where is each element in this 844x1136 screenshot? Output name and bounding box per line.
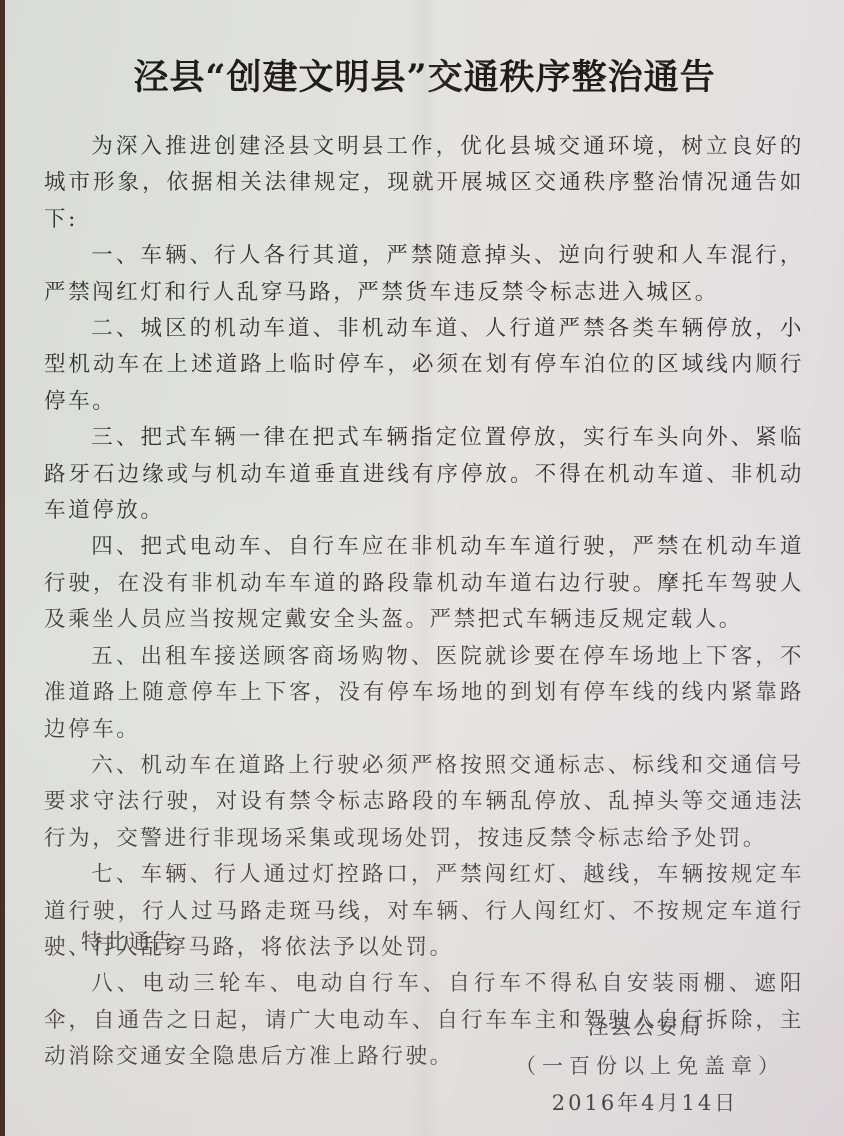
clause-6: 六、机动车在道路上行驶必须严格按照交通标志、标线和交通信号要求守法行驶，对设有禁… xyxy=(44,748,804,857)
clause-4: 四、把式电动车、自行车应在非机动车车道行驶，严禁在机动车道行驶，在没有非机动车车… xyxy=(44,529,804,638)
closing-line: 特此通告 xyxy=(81,925,175,956)
signature-organization: 泾县公安局 xyxy=(515,1011,775,1041)
clause-2: 二、城区的机动车道、非机动车道、人行道严禁各类车辆停放，小型机动车在上述道路上临… xyxy=(44,311,804,420)
clause-5: 五、出租车接送顾客商场购物、医院就诊要在停车场地上下客，不准道路上随意停车上下客… xyxy=(44,639,804,748)
stamp-note: （一百份以上免盖章） xyxy=(515,1050,775,1080)
signature-date: 2016年4月14日 xyxy=(515,1087,775,1117)
clause-3: 三、把式车辆一律在把式车辆指定位置停放，实行车头向外、紧临路牙石边缘或与机动车道… xyxy=(44,420,804,529)
document-title: 泾县“创建文明县”交通秩序整治通告 xyxy=(5,50,844,100)
clause-1: 一、车辆、行人各行其道，严禁随意掉头、逆向行驶和人车混行，严禁闯红灯和行人乱穿马… xyxy=(44,238,804,311)
intro-paragraph: 为深入推进创建泾县文明县工作，优化县城交通环境，树立良好的城市形象，依据相关法律… xyxy=(44,129,804,238)
notice-paper: 泾县“创建文明县”交通秩序整治通告 为深入推进创建泾县文明县工作，优化县城交通环… xyxy=(5,0,844,1136)
